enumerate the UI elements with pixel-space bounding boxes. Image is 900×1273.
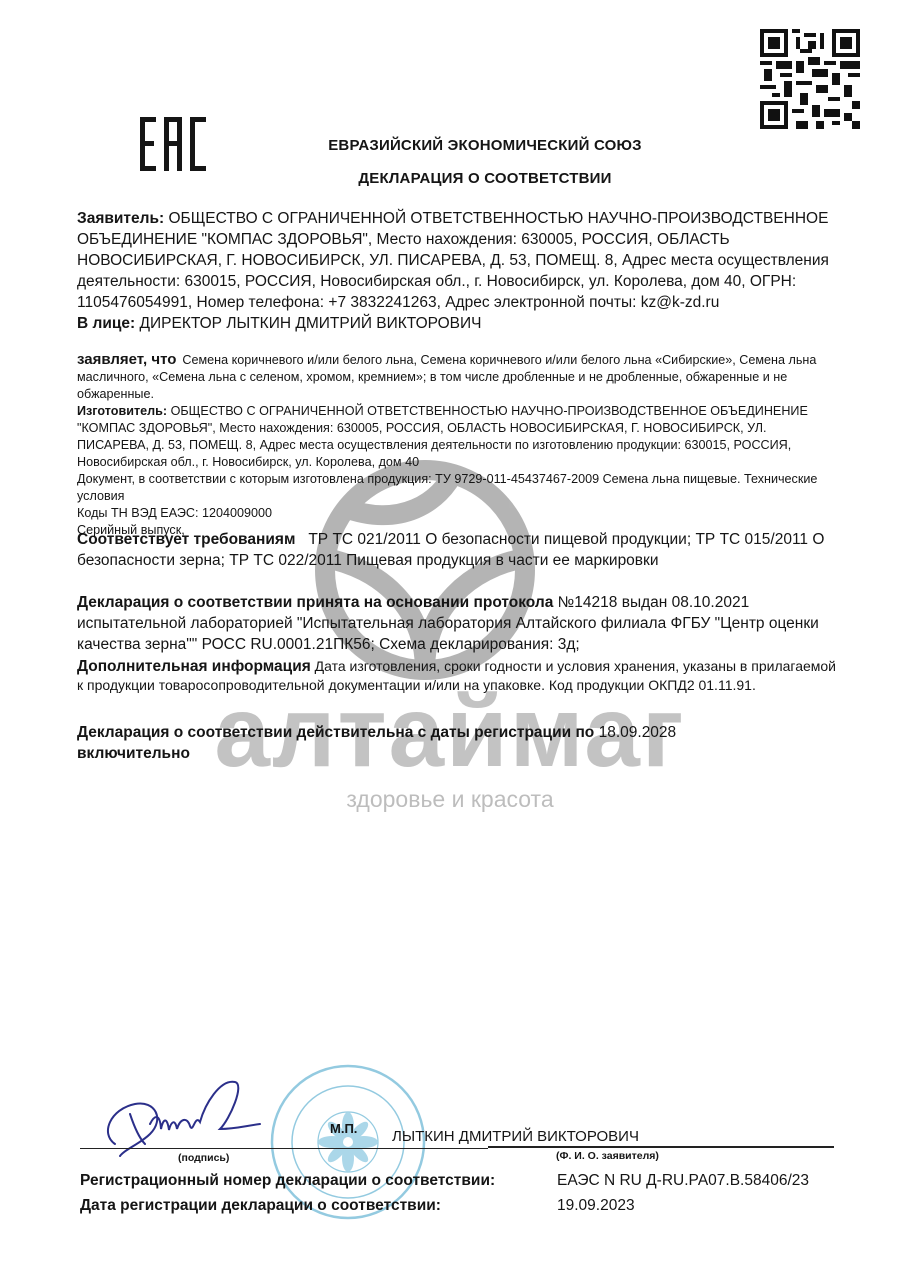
signature-line [80, 1148, 488, 1149]
standard-document: Документ, в соответствии с которым изгот… [77, 472, 817, 503]
additional-info-section: Дополнительная информация Дата изготовле… [77, 657, 837, 694]
manufacturer-text: ОБЩЕСТВО С ОГРАНИЧЕННОЙ ОТВЕТСТВЕННОСТЬЮ… [77, 404, 808, 469]
registration-date-label: Дата регистрации декларации о соответств… [80, 1197, 441, 1215]
additional-info-label: Дополнительная информация [77, 658, 311, 675]
validity-date: 18.09.2028 [599, 724, 677, 741]
union-heading: ЕВРАЗИЙСКИЙ ЭКОНОМИЧЕСКИЙ СОЮЗ [0, 137, 900, 154]
validity-section: Декларация о соответствии действительна … [77, 722, 837, 764]
protocol-section: Декларация о соответствии принята на осн… [77, 592, 837, 655]
registration-date: 19.09.2023 [557, 1197, 635, 1215]
name-caption: (Ф. И. О. заявителя) [556, 1150, 659, 1162]
validity-label: Декларация о соответствии действительна … [77, 724, 594, 741]
applicant-text: ОБЩЕСТВО С ОГРАНИЧЕННОЙ ОТВЕТСТВЕННОСТЬЮ… [77, 210, 829, 311]
statement-label: заявляет, что [77, 351, 176, 368]
manufacturer-label: Изготовитель: [77, 404, 167, 418]
seal-place-label: М.П. [330, 1121, 357, 1136]
signature-icon [95, 1074, 270, 1164]
representative-name: ДИРЕКТОР ЛЫТКИН ДМИТРИЙ ВИКТОРОВИЧ [140, 315, 482, 332]
name-line [488, 1146, 834, 1148]
product-description: Семена коричневого и/или белого льна, Се… [77, 353, 816, 401]
protocol-label: Декларация о соответствии принята на осн… [77, 594, 553, 611]
signature-caption: (подпись) [178, 1152, 229, 1164]
requirements-label: Соответствует требованиям [77, 531, 295, 548]
statement-section: заявляет, чтоСемена коричневого и/или бе… [77, 351, 837, 539]
signatory-name: ЛЫТКИН ДМИТРИЙ ВИКТОРОВИЧ [392, 1128, 639, 1145]
qr-code-icon [760, 28, 860, 130]
registration-number: ЕАЭС N RU Д-RU.РА07.В.58406/23 [557, 1172, 809, 1190]
representative-label: В лице: [77, 315, 135, 332]
document-title: ДЕКЛАРАЦИЯ О СООТВЕТСТВИИ [0, 170, 900, 187]
applicant-section: Заявитель: ОБЩЕСТВО С ОГРАНИЧЕННОЙ ОТВЕТ… [77, 208, 837, 334]
brand-tagline-watermark: здоровье и красота [0, 786, 900, 813]
applicant-label: Заявитель: [77, 210, 164, 227]
validity-suffix: включительно [77, 745, 190, 762]
registration-number-label: Регистрационный номер декларации о соотв… [80, 1172, 495, 1190]
requirements-section: Соответствует требованиям ТР ТС 021/2011… [77, 529, 837, 571]
hs-codes: Коды ТН ВЭД ЕАЭС: 1204009000 [77, 506, 272, 520]
